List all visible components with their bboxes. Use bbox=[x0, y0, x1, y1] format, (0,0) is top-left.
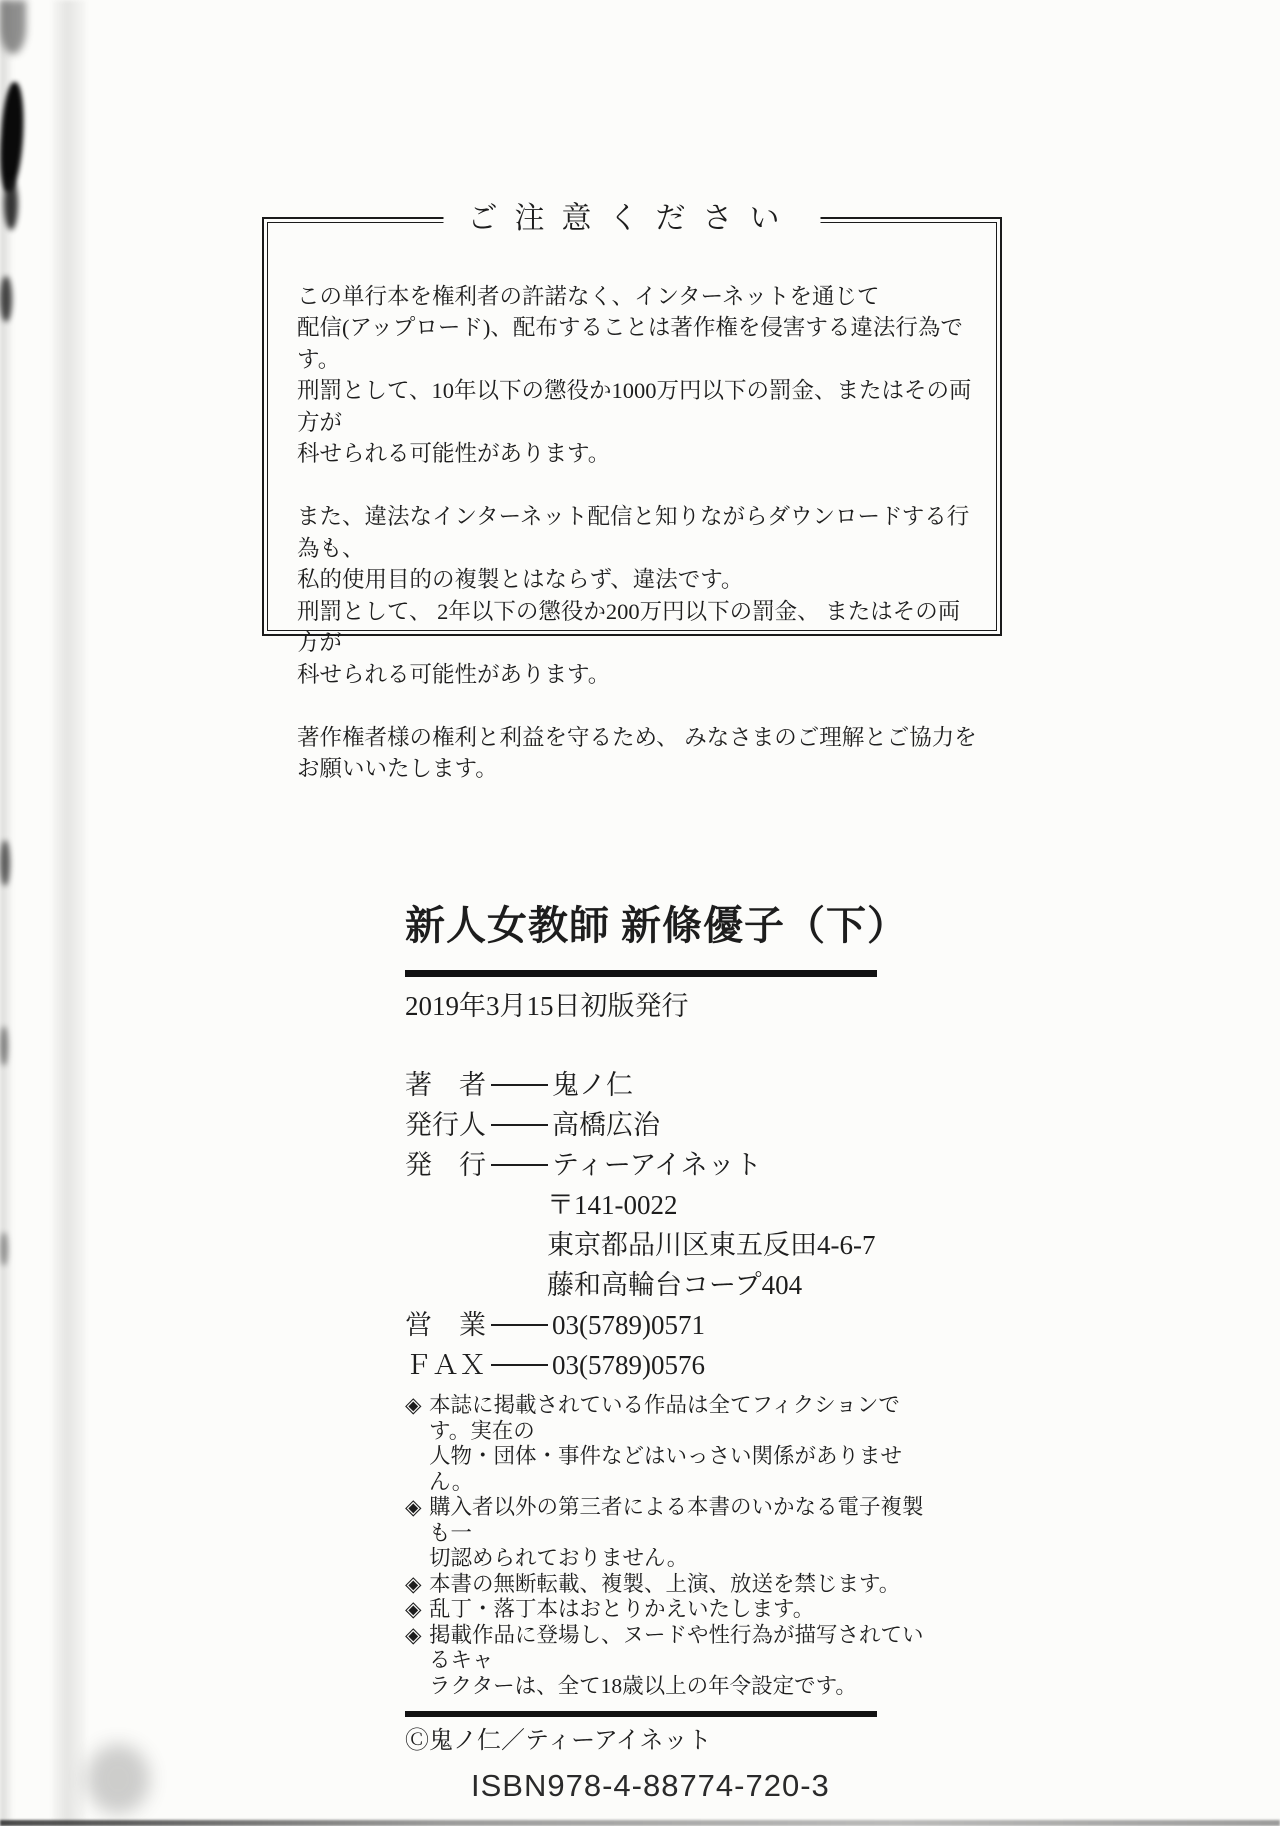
info-label: 発行人 bbox=[405, 1103, 489, 1142]
diamond-bullet-icon: ◈ bbox=[405, 1572, 422, 1598]
book-title: 新人女教師 新條優子（下） bbox=[405, 902, 925, 950]
scan-fold-streak bbox=[52, 0, 86, 1826]
colophon-block: 新人女教師 新條優子（下） 2019年3月15日初版発行 著 者 鬼ノ仁 発行人… bbox=[405, 902, 925, 1804]
notice-line: この単行本を権利者の許諾なく、インターネットを通じて bbox=[297, 281, 980, 313]
notice-line: 配信(アップロード)、配布することは著作権を侵害する違法行為です。 bbox=[297, 312, 980, 375]
scan-artifact bbox=[0, 1232, 8, 1266]
scan-artifact bbox=[0, 1026, 8, 1066]
note-line: ラクターは、全て18歳以上の年令設定です。 bbox=[429, 1674, 857, 1698]
info-row-publisher-person: 発行人 高橋広治 bbox=[405, 1103, 925, 1143]
diamond-bullet-icon: ◈ bbox=[405, 1393, 422, 1419]
legal-notes: ◈ 本誌に掲載されている作品は全てフィクションです。実在の 人物・団体・事件など… bbox=[405, 1393, 925, 1699]
info-row-sales-phone: 営 業 03(5789)0571 bbox=[405, 1303, 925, 1343]
note-line: 本書の無断転載、複製、上演、放送を禁じます。 bbox=[429, 1572, 900, 1596]
scan-artifact bbox=[86, 1744, 150, 1814]
scan-artifact bbox=[4, 178, 18, 230]
dash-connector bbox=[491, 1124, 548, 1126]
dash-connector bbox=[491, 1084, 548, 1086]
bottom-rule bbox=[405, 1711, 877, 1717]
notice-line: お願いいたします。 bbox=[297, 753, 980, 785]
legal-note: ◈ 乱丁・落丁本はおとりかえいたします。 bbox=[405, 1597, 925, 1623]
copyright-notice-box: ご注意ください この単行本を権利者の許諾なく、インターネットを通じて 配信(アッ… bbox=[262, 217, 1002, 636]
diamond-bullet-icon: ◈ bbox=[405, 1495, 422, 1521]
dash-connector bbox=[491, 1164, 548, 1166]
dash-connector bbox=[491, 1324, 548, 1326]
info-row-publisher: 発 行 ティーアイネット bbox=[405, 1143, 925, 1183]
info-label: 発 行 bbox=[405, 1143, 489, 1182]
legal-note: ◈ 購入者以外の第三者による本書のいかなる電子複製も一 切認められておりません。 bbox=[405, 1495, 925, 1572]
scan-artifact bbox=[0, 81, 27, 192]
info-label: 営 業 bbox=[405, 1303, 489, 1342]
scanned-colophon-page: ご注意ください この単行本を権利者の許諾なく、インターネットを通じて 配信(アッ… bbox=[0, 0, 1280, 1826]
scan-artifact bbox=[0, 276, 12, 322]
scan-edge-shadow bbox=[0, 0, 14, 1826]
info-value: ティーアイネット bbox=[552, 1143, 762, 1182]
legal-note: ◈ 本書の無断転載、複製、上演、放送を禁じます。 bbox=[405, 1572, 925, 1598]
publisher-address: 東京都品川区東五反田4-6-7 bbox=[405, 1223, 925, 1263]
legal-note: ◈ 本誌に掲載されている作品は全てフィクションです。実在の 人物・団体・事件など… bbox=[405, 1393, 925, 1495]
scan-artifact bbox=[0, 840, 10, 886]
diamond-bullet-icon: ◈ bbox=[405, 1623, 422, 1649]
info-row-author: 著 者 鬼ノ仁 bbox=[405, 1063, 925, 1103]
notice-line: 私的使用目的の複製とはならず、違法です。 bbox=[297, 564, 980, 596]
info-value: 高橋広治 bbox=[552, 1103, 660, 1142]
info-value: 鬼ノ仁 bbox=[552, 1063, 633, 1102]
publisher-postal-code: 〒141-0022 bbox=[405, 1183, 925, 1223]
info-label: ＦＡＸ bbox=[405, 1343, 489, 1382]
info-row-fax: ＦＡＸ 03(5789)0576 bbox=[405, 1343, 925, 1383]
diamond-bullet-icon: ◈ bbox=[405, 1597, 422, 1623]
scan-artifact bbox=[0, 0, 26, 54]
notice-line: 科せられる可能性があります。 bbox=[297, 438, 980, 470]
isbn: ISBN978-4-88774-720-3 bbox=[471, 1768, 925, 1804]
notice-box-content: この単行本を権利者の許諾なく、インターネットを通じて 配信(アップロード)、配布… bbox=[264, 219, 1000, 634]
scan-bottom-edge bbox=[0, 1820, 1280, 1826]
publication-info: 著 者 鬼ノ仁 発行人 高橋広治 発 行 ティーアイネット 〒141-0022 … bbox=[405, 1063, 925, 1383]
info-value: 03(5789)0576 bbox=[552, 1350, 705, 1381]
copyright-line: Ⓒ鬼ノ仁／ティーアイネット bbox=[405, 1726, 925, 1756]
note-line: 乱丁・落丁本はおとりかえいたします。 bbox=[429, 1597, 814, 1621]
notice-line: 刑罰として、10年以下の懲役か1000万円以下の罰金、またはその両方が bbox=[297, 375, 980, 438]
legal-note: ◈ 掲載作品に登場し、ヌードや性行為が描写されているキャ ラクターは、全て18歳… bbox=[405, 1623, 925, 1700]
notice-line: また、違法なインターネット配信と知りながらダウンロードする行為も、 bbox=[297, 501, 980, 564]
info-label: 著 者 bbox=[405, 1063, 489, 1102]
title-rule bbox=[405, 970, 877, 977]
dash-connector bbox=[491, 1364, 548, 1366]
note-line: 本誌に掲載されている作品は全てフィクションです。実在の bbox=[429, 1393, 900, 1443]
notice-line: 著作権者様の権利と利益を守るため、 みなさまのご理解とご協力を bbox=[297, 722, 980, 754]
note-line: 購入者以外の第三者による本書のいかなる電子複製も一 bbox=[429, 1495, 924, 1545]
note-line: 人物・団体・事件などはいっさい関係がありません。 bbox=[429, 1444, 902, 1494]
publisher-address: 藤和高輪台コープ404 bbox=[405, 1263, 925, 1303]
note-line: 掲載作品に登場し、ヌードや性行為が描写されているキャ bbox=[429, 1623, 924, 1673]
edition-date: 2019年3月15日初版発行 bbox=[405, 989, 925, 1023]
info-value: 03(5789)0571 bbox=[552, 1310, 705, 1341]
notice-line: 科せられる可能性があります。 bbox=[297, 659, 980, 691]
notice-line: 刑罰として、 2年以下の懲役か200万円以下の罰金、 またはその両方が bbox=[297, 596, 980, 659]
note-line: 切認められておりません。 bbox=[429, 1546, 688, 1570]
